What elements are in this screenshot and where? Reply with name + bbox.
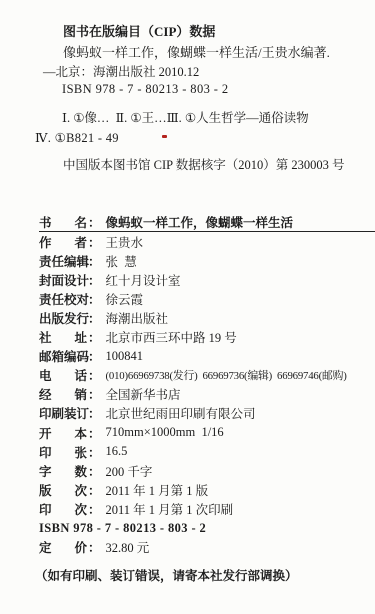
copyright-page: 图书在版编目（CIP）数据 像蚂蚁一样工作，像蝴蝶一样生活/王贵水编著. —北京…	[0, 0, 375, 614]
row-value: 200 千字	[106, 462, 153, 480]
row-colon: ：	[88, 271, 101, 289]
row-label: 责任编辑	[39, 252, 87, 270]
row-label: 电话	[39, 366, 87, 384]
colophon-row: 封面设计：红十月设计室	[39, 270, 375, 289]
row-value: 2011 年 1 月第 1 版	[106, 481, 209, 499]
row-colon: ：	[88, 366, 101, 384]
row-colon: ：	[88, 500, 101, 518]
colophon-row: 印次：2011 年 1 月第 1 次印刷	[39, 499, 375, 518]
row-value: 北京世纪雨田印刷有限公司	[106, 404, 256, 422]
row-text: ISBN 978 - 7 - 80213 - 803 - 2	[39, 521, 206, 536]
row-label: 版次	[39, 481, 87, 499]
row-colon: ：	[88, 462, 101, 480]
row-colon: ：	[88, 404, 101, 422]
reprint-notice: （如有印刷、装订错误，请寄本社发行部调换）	[35, 566, 375, 584]
colophon-row-plain: ISBN 978 - 7 - 80213 - 803 - 2	[39, 519, 375, 538]
colophon-row: 出版发行：海潮出版社	[39, 308, 375, 327]
colophon-row: 定价：32.80 元	[39, 538, 375, 557]
row-colon: ：	[88, 233, 101, 251]
row-value: 16.5	[106, 444, 128, 459]
colophon-row: 电话：(010)66969738(发行) 66969736(编辑) 669697…	[39, 366, 375, 385]
row-value: 王贵水	[106, 233, 144, 251]
row-label: 印次	[39, 500, 87, 518]
colophon-block: 书名：像蚂蚁一样工作，像蝴蝶一样生活作者：王贵水责任编辑：张 慧封面设计：红十月…	[39, 213, 375, 584]
row-value: 32.80 元	[106, 538, 150, 556]
row-colon: ：	[88, 213, 101, 231]
colophon-row: 字数：200 千字	[39, 461, 375, 480]
colophon-row: 社址：北京市西三环中路 19 号	[39, 328, 375, 347]
row-value: 海潮出版社	[106, 309, 169, 327]
row-label: 作者	[39, 233, 87, 251]
row-value: 像蚂蚁一样工作，像蝴蝶一样生活	[106, 213, 294, 231]
row-colon: ：	[88, 309, 101, 327]
row-colon: ：	[88, 538, 101, 556]
colophon-row: 作者：王贵水	[39, 232, 375, 251]
row-label: 邮箱编码	[39, 347, 87, 365]
cip-imprint: —北京：海潮出版社 2010.12	[43, 65, 199, 80]
row-colon: ：	[88, 443, 101, 461]
row-value: 100841	[106, 349, 144, 364]
row-label: 定价	[39, 538, 87, 556]
row-colon: ：	[88, 328, 101, 346]
cip-isbn: ISBN 978 - 7 - 80213 - 803 - 2	[62, 82, 229, 97]
cip-title-statement: 像蚂蚁一样工作，像蝴蝶一样生活/王贵水编著.	[63, 45, 330, 60]
row-value: 2011 年 1 月第 1 次印刷	[106, 500, 234, 518]
row-value: (010)66969738(发行) 66969736(编辑) 66969746(…	[106, 368, 347, 383]
row-value: 徐云霞	[106, 290, 144, 308]
row-label: 封面设计	[39, 271, 87, 289]
row-label: 印刷装订	[39, 404, 87, 422]
row-label: 印张	[39, 443, 87, 461]
cip-classification-2: Ⅳ. ①B821 - 49	[35, 131, 119, 146]
row-value: 红十月设计室	[106, 271, 181, 289]
cip-classification-1: Ⅰ. ①像… Ⅱ. ①王…Ⅲ. ①人生哲学—通俗读物	[62, 111, 309, 126]
row-label: 经销	[39, 385, 87, 403]
row-colon: ：	[88, 252, 101, 270]
colophon-row: 责任校对：徐云霞	[39, 289, 375, 308]
colophon-row: 责任编辑：张 慧	[39, 251, 375, 270]
colophon-row: 书名：像蚂蚁一样工作，像蝴蝶一样生活	[39, 213, 375, 232]
row-value: 全国新华书店	[106, 385, 181, 403]
row-value: 张 慧	[106, 252, 137, 270]
row-label: 责任校对	[39, 290, 87, 308]
row-colon: ：	[88, 385, 101, 403]
colophon-row: 经销：全国新华书店	[39, 385, 375, 404]
row-colon: ：	[88, 347, 101, 365]
row-colon: ：	[88, 290, 101, 308]
red-ink-mark	[162, 135, 167, 138]
colophon-row: 邮箱编码：100841	[39, 347, 375, 366]
row-label: 开本	[39, 424, 87, 442]
row-label: 出版发行	[39, 309, 87, 327]
row-value: 北京市西三环中路 19 号	[106, 328, 237, 346]
cip-heading: 图书在版编目（CIP）数据	[63, 24, 215, 39]
row-label: 社址	[39, 328, 87, 346]
row-colon: ：	[88, 481, 101, 499]
row-value: 710mm×1000mm 1/16	[106, 425, 224, 440]
colophon-row: 印张：16.5	[39, 442, 375, 461]
cip-record-number: 中国版本图书馆 CIP 数据核字（2010）第 230003 号	[63, 158, 345, 173]
colophon-row: 印刷装订：北京世纪雨田印刷有限公司	[39, 404, 375, 423]
colophon-row: 版次：2011 年 1 月第 1 版	[39, 480, 375, 499]
row-label: 字数	[39, 462, 87, 480]
row-label: 书名	[39, 213, 87, 231]
colophon-rows: 书名：像蚂蚁一样工作，像蝴蝶一样生活作者：王贵水责任编辑：张 慧封面设计：红十月…	[39, 213, 375, 557]
colophon-row: 开本：710mm×1000mm 1/16	[39, 423, 375, 442]
row-colon: ：	[88, 424, 101, 442]
